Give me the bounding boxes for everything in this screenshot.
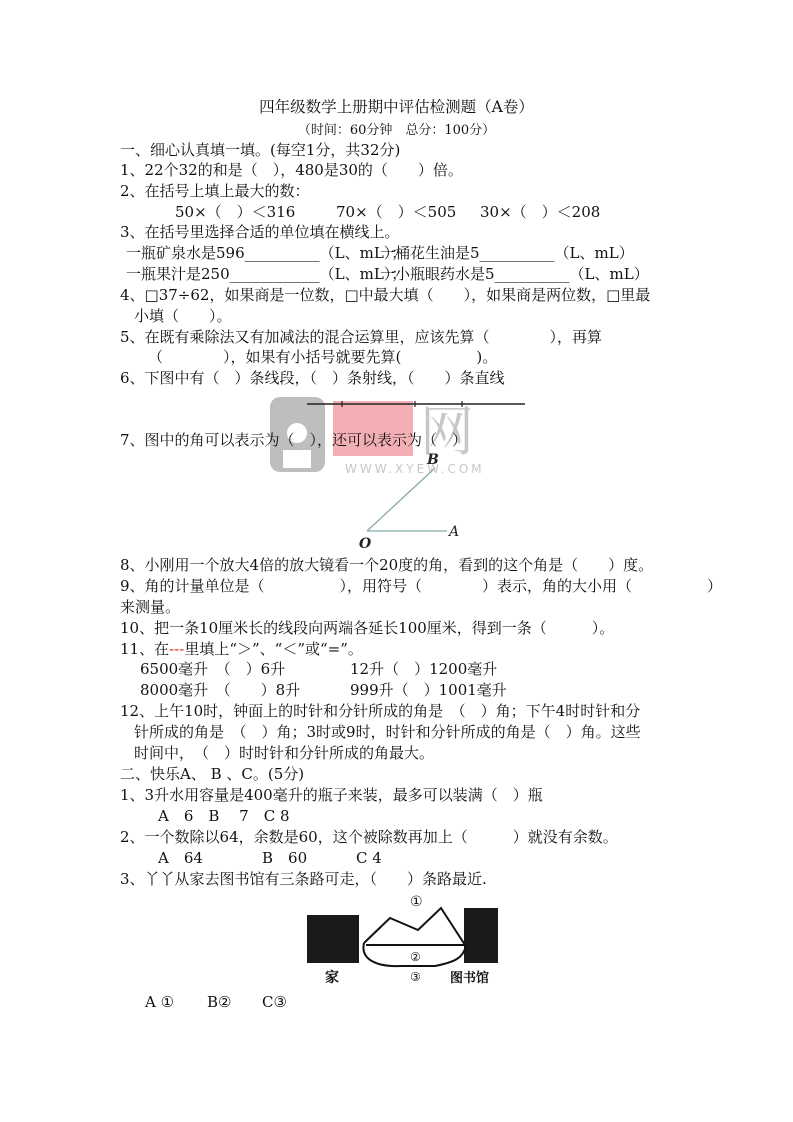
page-subtitle: （时间：60分钟 总分：100分） (0, 119, 793, 138)
question-1-3-row2-b: 一小瓶眼药水是5__________（L、mL） (380, 264, 649, 284)
point-b-label: B (426, 452, 439, 468)
question-1-9-line1: 9、角的计量单位是（ ），用符号（ ）表示，角的大小用（ ） (120, 576, 722, 596)
question-1-6: 6、下图中有（ ）条线段，（ ）条射线，（ ）条直线 (120, 368, 505, 388)
question-1-12-line3: 时间中， （ ）时时针和分针所成的角最大。 (134, 743, 434, 763)
home-label: 家 (325, 969, 339, 986)
question-1-11-item-2: 12升（ ）1200毫升 (350, 659, 497, 679)
question-1-3: 3、在括号里选择合适的单位填在横线上。 (120, 222, 400, 242)
question-2-2-option-a: A 64 (158, 848, 203, 868)
question-2-3-option-a: A ① (145, 992, 174, 1012)
question-1-11-item-3: 8000毫升 （ ）8升 (140, 680, 300, 700)
question-2-2: 2、一个数除以64，余数是60，这个被除数再加上（ ）就没有余数。 (120, 827, 618, 847)
question-1-5-line1: 5、在既有乘除法又有加减法的混合运算里，应该先算（ ），再算 (120, 327, 602, 347)
question-1-4-line1: 4、□37÷62，如果商是一位数，□中最大填（ ），如果商是两位数，□里最 (120, 285, 650, 305)
library-image (464, 908, 498, 963)
path-1 (364, 908, 465, 945)
question-1-11: 11、在---里填上“＞”、“＜”或“=”。 (120, 639, 363, 659)
question-1-11-item-4: 999升（ ）1001毫升 (350, 680, 507, 700)
vertex-o-label: O (359, 536, 372, 550)
question-1-3-row1-b: 一桶花生油是5__________（L、mL） (380, 243, 634, 263)
home-image (307, 915, 359, 963)
question-2-3-option-c: C③ (262, 992, 287, 1012)
angle-figure: B A O (355, 450, 475, 550)
library-label: 图书馆 (450, 970, 489, 986)
question-1-8: 8、小刚用一个放大4倍的放大镜看一个20度的角，看到的这个角是（ ）度。 (120, 555, 653, 575)
point-a-label: A (447, 524, 459, 540)
question-1-2: 2、在括号上填上最大的数： (120, 181, 310, 201)
question-1-2-item-2: 70×（ ）＜505 (336, 202, 456, 222)
q11-prefix: 11、在 (120, 640, 169, 658)
question-2-2-option-c: C 4 (356, 848, 382, 868)
question-1-5-line2: （ ），如果有小括号就要先算( )。 (148, 347, 497, 367)
question-2-3-option-b: B② (207, 992, 231, 1012)
question-1-11-item-1: 6500毫升 （ ）6升 (140, 659, 285, 679)
path-1-label: ① (410, 894, 423, 910)
path-3-label: ③ (410, 970, 421, 984)
route-diagram: ① ② ③ 家 图书馆 (300, 890, 500, 990)
question-1-12-line1: 12、上午10时，钟面上的时针和分针所成的角是 （ ）角；下午4时时针和分 (120, 701, 640, 721)
question-2-1-options: A 6 B 7 C 8 (158, 806, 290, 826)
path-2-label: ② (410, 950, 421, 964)
question-1-9-line2: 来测量。 (120, 597, 180, 617)
question-1-3-row2-a: 一瓶果汁是250____________（L、mL）； (126, 264, 406, 284)
question-1-12-line2: 针所成的角是 （ ）角；3时或9时，时针和分针所成的角是（ ）角。这些 (134, 722, 641, 742)
question-2-2-option-b: B 60 (262, 848, 307, 868)
question-1-10: 10、把一条10厘米长的线段向两端各延长100厘米，得到一条（ ）。 (120, 618, 614, 638)
question-1-7: 7、图中的角可以表示为（ ），还可以表示为（ ） (120, 430, 467, 450)
q11-red-dash: --- (169, 640, 184, 658)
section2-heading: 二、快乐A、 B 、C。(5分) (120, 764, 304, 784)
question-1-2-item-1: 50×（ ）＜316 (175, 202, 295, 222)
question-2-1: 1、3升水用容量是400毫升的瓶子来装，最多可以装满（ ）瓶 (120, 785, 543, 805)
page-title: 四年级数学上册期中评估检测题（A卷） (0, 95, 793, 117)
q11-suffix: 里填上“＞”、“＜”或“=”。 (184, 640, 363, 658)
question-1-4-line2: 小填（ ）。 (134, 306, 232, 326)
line-segment-figure (305, 398, 530, 410)
section1-heading: 一、细心认真填一填。(每空1分，共32分) (120, 140, 400, 160)
question-1-3-row1-a: 一瓶矿泉水是596__________（L、mL）； (126, 243, 406, 263)
question-2-3: 3、丫丫从家去图书馆有三条路可走，（ ）条路最近. (120, 869, 487, 889)
question-1-2-item-3: 30×（ ）＜208 (480, 202, 600, 222)
question-1-1: 1、22个32的和是（ ），480是30的（ ）倍。 (120, 160, 463, 180)
